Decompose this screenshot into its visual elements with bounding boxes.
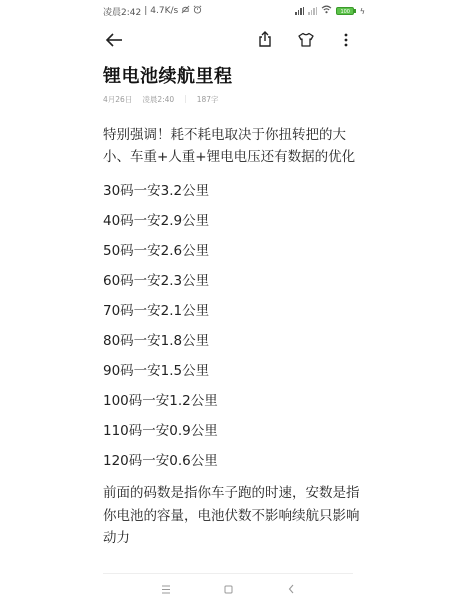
- list-item: 100码一安1.2公里: [103, 386, 368, 416]
- network-speed: 4.7K/s: [150, 6, 178, 16]
- list-item: 90码一安1.5公里: [103, 356, 368, 386]
- more-vertical-icon: [344, 32, 348, 51]
- note-meta: 4月26日 凌晨2:40 | 187字: [103, 94, 219, 105]
- back-button[interactable]: [103, 30, 125, 52]
- share-icon: [258, 31, 272, 51]
- word-count: 187字: [197, 94, 219, 105]
- menu-icon: [161, 579, 171, 598]
- note-time: 凌晨2:40: [142, 94, 174, 105]
- more-button[interactable]: [335, 30, 357, 52]
- toolbar: [103, 30, 365, 52]
- note-body[interactable]: 特别强调！耗不耗电取决于你扭转把的大小、车重+人重+锂电电压还有数据的优化 30…: [103, 124, 368, 550]
- share-button[interactable]: [254, 30, 276, 52]
- list-item: 40码一安2.9公里: [103, 206, 368, 236]
- battery-icon: 100: [336, 7, 356, 15]
- theme-button[interactable]: [295, 30, 317, 52]
- recent-apps-button[interactable]: [158, 580, 174, 596]
- note-date: 4月26日: [103, 94, 132, 105]
- list-item: 60码一安2.3公里: [103, 266, 368, 296]
- nav-back-button[interactable]: [283, 580, 299, 596]
- list-item: 50码一安2.6公里: [103, 236, 368, 266]
- list-item: 110码一安0.9公里: [103, 416, 368, 446]
- note-title: 锂电池续航里程: [103, 62, 233, 88]
- arrow-left-icon: [105, 32, 123, 51]
- note-intro: 特别强调！耗不耗电取决于你扭转把的大小、车重+人重+锂电电压还有数据的优化: [103, 124, 368, 168]
- list-item: 30码一安3.2公里: [103, 176, 368, 206]
- system-nav-bar: [103, 573, 353, 600]
- list-item: 80码一安1.8公里: [103, 326, 368, 356]
- home-square-icon: [224, 579, 233, 598]
- home-button[interactable]: [220, 580, 236, 596]
- status-time: 凌晨2:42: [103, 5, 141, 18]
- status-bar: 凌晨2:42 | 4.7K/s 100 ϟ: [103, 4, 365, 18]
- note-outro: 前面的码数是指你车子跑的时速，安数是指你电池的容量，电池伏数不影响续航只影响动力: [103, 482, 368, 550]
- charging-icon: ϟ: [360, 7, 365, 16]
- chevron-left-icon: [288, 579, 295, 598]
- alarm-icon: [193, 5, 202, 17]
- tshirt-icon: [298, 32, 314, 51]
- mute-icon: [181, 5, 190, 17]
- signal-icon-sim2: [308, 7, 317, 15]
- battery-level: 100: [336, 7, 354, 15]
- status-divider: |: [144, 6, 147, 16]
- list-item: 70码一安2.1公里: [103, 296, 368, 326]
- list-item: 120码一安0.6公里: [103, 446, 368, 476]
- wifi-icon: [321, 5, 332, 17]
- signal-icon-sim1: [295, 7, 304, 15]
- meta-divider: |: [184, 94, 187, 105]
